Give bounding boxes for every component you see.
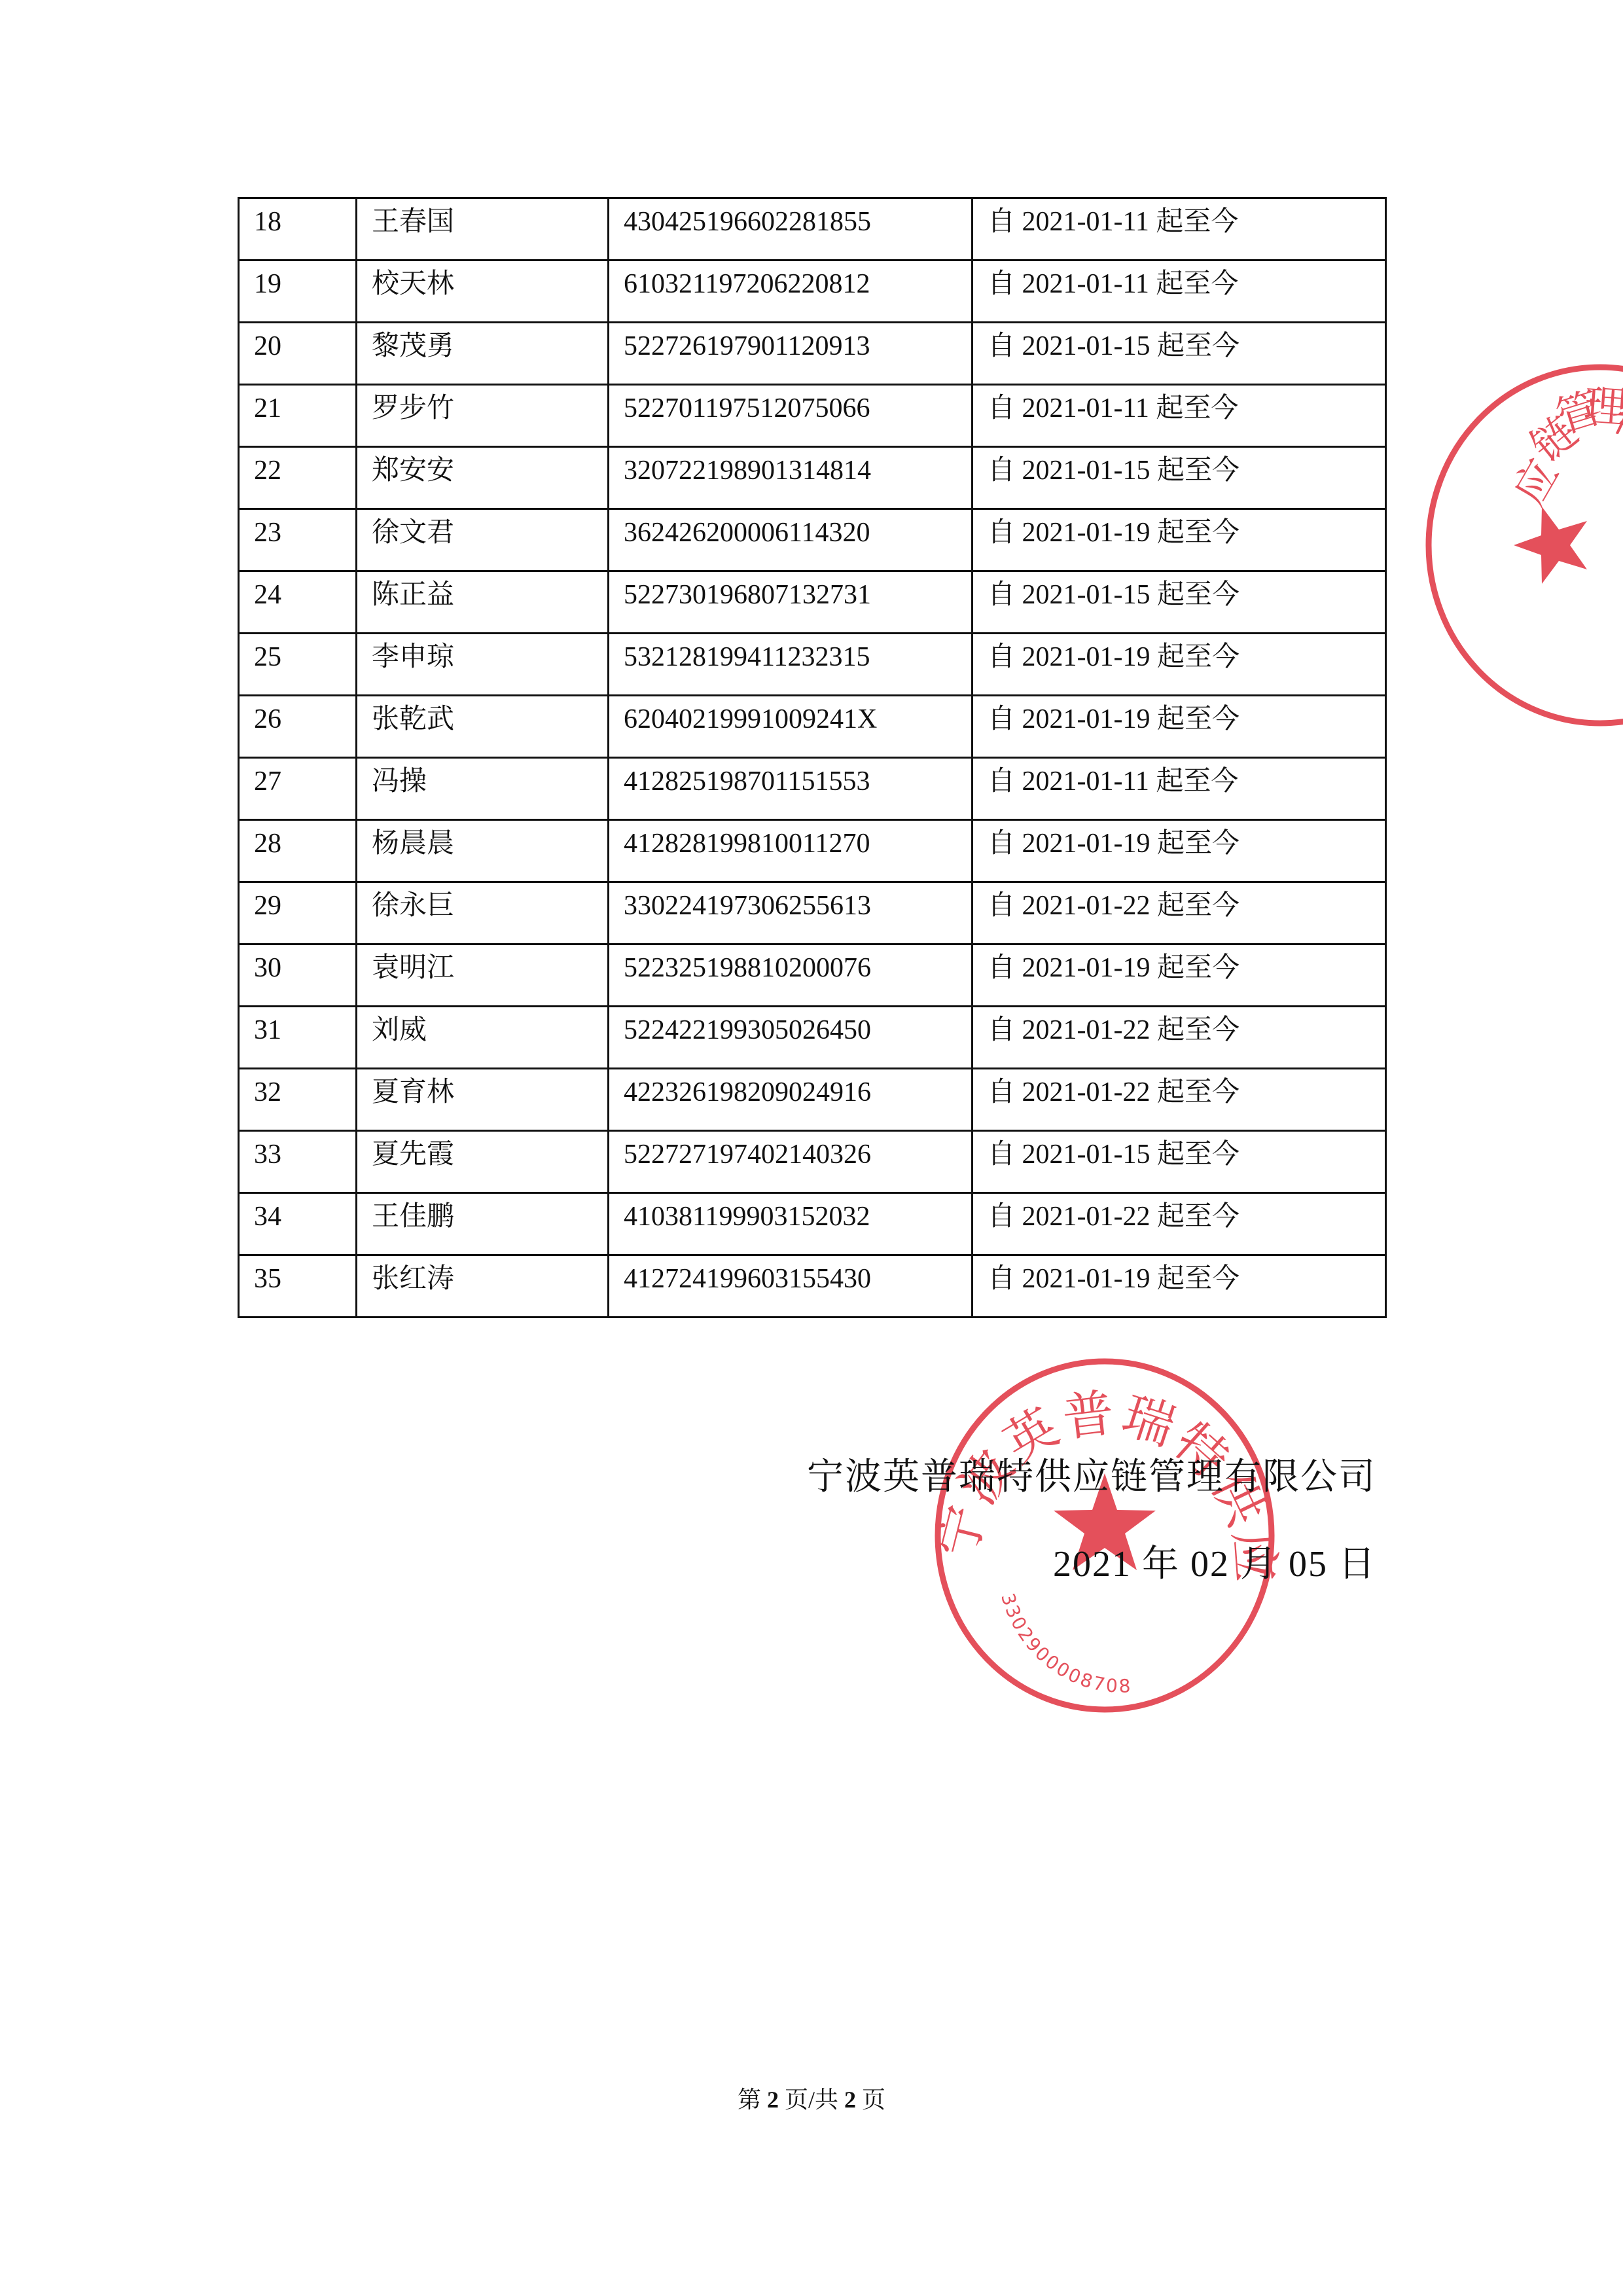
signature-company-name: 宁波英普瑞特供应链管理有限公司 xyxy=(807,1448,1376,1500)
table-row: 31刘威522422199305026450自 2021-01-22 起至今 xyxy=(239,1007,1386,1069)
cell-period: 自 2021-01-11 起至今 xyxy=(972,260,1386,323)
cell-name: 王春国 xyxy=(357,198,609,260)
cell-name: 徐永巨 xyxy=(357,882,609,944)
cell-index: 20 xyxy=(239,323,357,385)
cell-period: 自 2021-01-19 起至今 xyxy=(972,696,1386,758)
cell-index: 18 xyxy=(239,198,357,260)
table-row: 25李申琼532128199411232315自 2021-01-19 起至今 xyxy=(239,634,1386,696)
cell-name: 袁明江 xyxy=(357,944,609,1007)
cell-period: 自 2021-01-15 起至今 xyxy=(972,447,1386,509)
cell-id-number: 320722198901314814 xyxy=(609,447,972,509)
svg-text:链: 链 xyxy=(1522,406,1587,473)
cell-index: 22 xyxy=(239,447,357,509)
svg-text:应: 应 xyxy=(1504,451,1569,514)
cell-period: 自 2021-01-22 起至今 xyxy=(972,1069,1386,1131)
table-row: 27冯操412825198701151553自 2021-01-11 起至今 xyxy=(239,758,1386,820)
cell-name: 刘威 xyxy=(357,1007,609,1069)
table-row: 30袁明江522325198810200076自 2021-01-19 起至今 xyxy=(239,944,1386,1007)
company-seal-partial: 应链管理有限公司 xyxy=(1420,363,1623,730)
svg-text:理: 理 xyxy=(1582,380,1623,433)
seal-code-text: 3302900008708 xyxy=(997,1590,1133,1697)
cell-name: 黎茂勇 xyxy=(357,323,609,385)
cell-id-number: 522730196807132731 xyxy=(609,571,972,634)
cell-index: 33 xyxy=(239,1131,357,1193)
footer-suffix: 页 xyxy=(856,2087,885,2113)
table-row: 23徐文君362426200006114320自 2021-01-19 起至今 xyxy=(239,509,1386,571)
cell-id-number: 412825198701151553 xyxy=(609,758,972,820)
footer-middle: 页/共 xyxy=(779,2087,844,2113)
cell-name: 张乾武 xyxy=(357,696,609,758)
table-row: 35张红涛412724199603155430自 2021-01-19 起至今 xyxy=(239,1255,1386,1318)
cell-index: 28 xyxy=(239,820,357,882)
cell-period: 自 2021-01-11 起至今 xyxy=(972,385,1386,447)
table-row: 24陈正益522730196807132731自 2021-01-15 起至今 xyxy=(239,571,1386,634)
cell-period: 自 2021-01-22 起至今 xyxy=(972,1193,1386,1255)
table-row: 32夏育林422326198209024916自 2021-01-22 起至今 xyxy=(239,1069,1386,1131)
cell-period: 自 2021-01-19 起至今 xyxy=(972,820,1386,882)
cell-name: 郑安安 xyxy=(357,447,609,509)
cell-name: 校天林 xyxy=(357,260,609,323)
svg-text:3302900008708: 3302900008708 xyxy=(997,1590,1133,1697)
cell-name: 杨晨晨 xyxy=(357,820,609,882)
footer-prefix: 第 xyxy=(738,2087,767,2113)
cell-name: 冯操 xyxy=(357,758,609,820)
cell-id-number: 422326198209024916 xyxy=(609,1069,972,1131)
table-row: 26张乾武62040219991009241X自 2021-01-19 起至今 xyxy=(239,696,1386,758)
cell-period: 自 2021-01-15 起至今 xyxy=(972,323,1386,385)
cell-index: 27 xyxy=(239,758,357,820)
svg-text:管: 管 xyxy=(1550,382,1607,443)
staff-table-body: 18王春国430425196602281855自 2021-01-11 起至今1… xyxy=(239,198,1386,1318)
cell-period: 自 2021-01-19 起至今 xyxy=(972,1255,1386,1318)
cell-id-number: 522701197512075066 xyxy=(609,385,972,447)
signature-date: 2021 年 02 月 05 日 xyxy=(1053,1535,1376,1587)
svg-text:有: 有 xyxy=(1601,389,1623,454)
footer-total-pages: 2 xyxy=(844,2087,856,2113)
cell-id-number: 362426200006114320 xyxy=(609,509,972,571)
cell-name: 李申琼 xyxy=(357,634,609,696)
cell-name: 徐文君 xyxy=(357,509,609,571)
cell-index: 32 xyxy=(239,1069,357,1131)
cell-index: 26 xyxy=(239,696,357,758)
cell-name: 张红涛 xyxy=(357,1255,609,1318)
table-row: 22郑安安320722198901314814自 2021-01-15 起至今 xyxy=(239,447,1386,509)
cell-period: 自 2021-01-11 起至今 xyxy=(972,198,1386,260)
cell-index: 34 xyxy=(239,1193,357,1255)
cell-name: 陈正益 xyxy=(357,571,609,634)
cell-id-number: 412724199603155430 xyxy=(609,1255,972,1318)
cell-period: 自 2021-01-22 起至今 xyxy=(972,1007,1386,1069)
cell-name: 罗步竹 xyxy=(357,385,609,447)
cell-period: 自 2021-01-15 起至今 xyxy=(972,571,1386,634)
cell-id-number: 412828199810011270 xyxy=(609,820,972,882)
cell-id-number: 330224197306255613 xyxy=(609,882,972,944)
footer-current-page: 2 xyxy=(767,2087,779,2113)
table-row: 20黎茂勇522726197901120913自 2021-01-15 起至今 xyxy=(239,323,1386,385)
table-row: 21罗步竹522701197512075066自 2021-01-11 起至今 xyxy=(239,385,1386,447)
cell-index: 35 xyxy=(239,1255,357,1318)
cell-index: 31 xyxy=(239,1007,357,1069)
table-row: 34王佳鹏410381199903152032自 2021-01-22 起至今 xyxy=(239,1193,1386,1255)
cell-index: 21 xyxy=(239,385,357,447)
cell-index: 29 xyxy=(239,882,357,944)
cell-index: 25 xyxy=(239,634,357,696)
table-row: 28杨晨晨412828199810011270自 2021-01-19 起至今 xyxy=(239,820,1386,882)
page-footer: 第 2 页/共 2 页 xyxy=(0,2081,1623,2115)
cell-period: 自 2021-01-19 起至今 xyxy=(972,634,1386,696)
cell-id-number: 62040219991009241X xyxy=(609,696,972,758)
cell-index: 23 xyxy=(239,509,357,571)
cell-id-number: 522325198810200076 xyxy=(609,944,972,1007)
cell-id-number: 410381199903152032 xyxy=(609,1193,972,1255)
cell-id-number: 522422199305026450 xyxy=(609,1007,972,1069)
cell-id-number: 522726197901120913 xyxy=(609,323,972,385)
staff-table: 18王春国430425196602281855自 2021-01-11 起至今1… xyxy=(238,197,1387,1318)
cell-index: 30 xyxy=(239,944,357,1007)
cell-name: 王佳鹏 xyxy=(357,1193,609,1255)
cell-name: 夏先霞 xyxy=(357,1131,609,1193)
cell-id-number: 532128199411232315 xyxy=(609,634,972,696)
cell-id-number: 430425196602281855 xyxy=(609,198,972,260)
cell-name: 夏育林 xyxy=(357,1069,609,1131)
cell-period: 自 2021-01-19 起至今 xyxy=(972,509,1386,571)
cell-period: 自 2021-01-15 起至今 xyxy=(972,1131,1386,1193)
table-row: 18王春国430425196602281855自 2021-01-11 起至今 xyxy=(239,198,1386,260)
cell-index: 24 xyxy=(239,571,357,634)
cell-period: 自 2021-01-19 起至今 xyxy=(972,944,1386,1007)
cell-id-number: 522727197402140326 xyxy=(609,1131,972,1193)
cell-period: 自 2021-01-11 起至今 xyxy=(972,758,1386,820)
table-row: 19校天林610321197206220812自 2021-01-11 起至今 xyxy=(239,260,1386,323)
table-row: 33夏先霞522727197402140326自 2021-01-15 起至今 xyxy=(239,1131,1386,1193)
table-row: 29徐永巨330224197306255613自 2021-01-22 起至今 xyxy=(239,882,1386,944)
cell-id-number: 610321197206220812 xyxy=(609,260,972,323)
cell-index: 19 xyxy=(239,260,357,323)
cell-period: 自 2021-01-22 起至今 xyxy=(972,882,1386,944)
